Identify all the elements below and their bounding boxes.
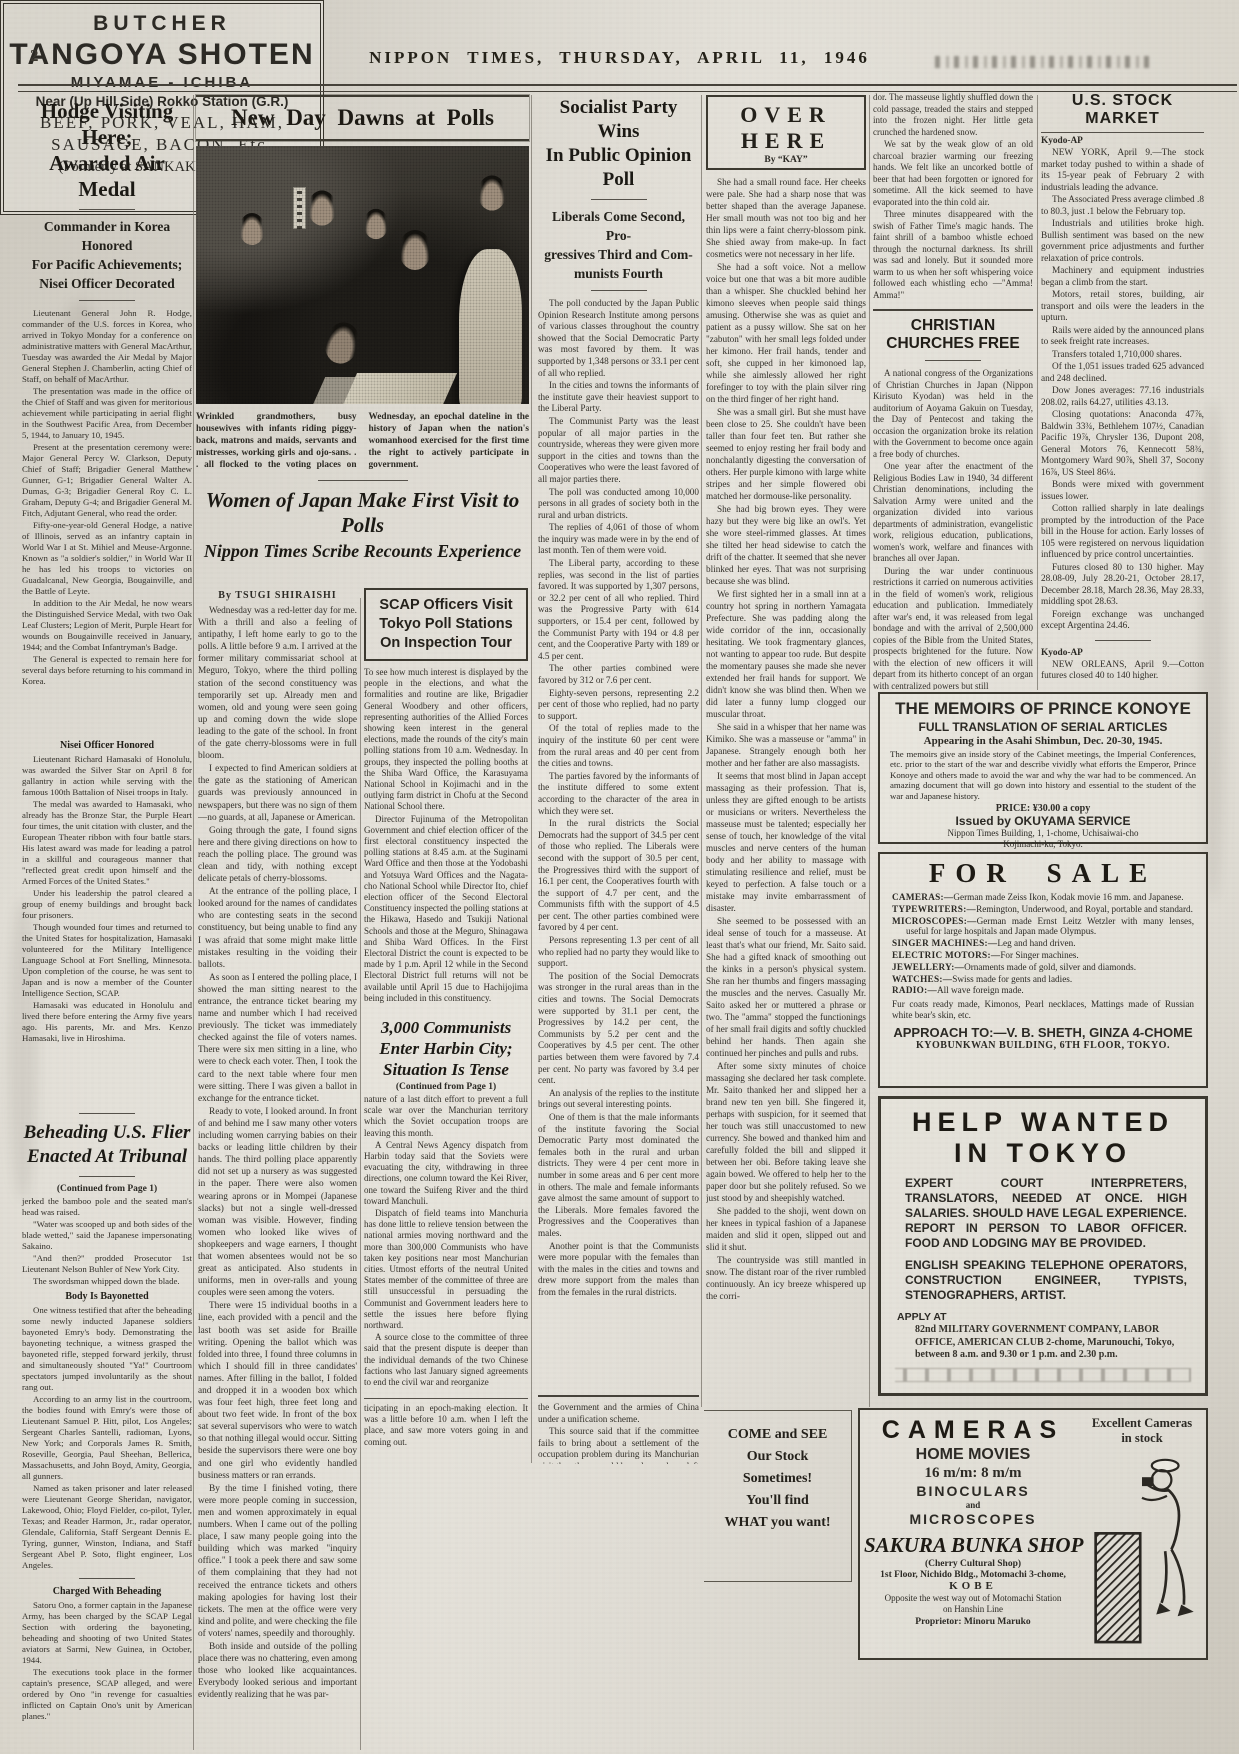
forsale-approach: APPROACH TO:—V. B. SHETH, GINZA 4-CHOME — [892, 1025, 1194, 1040]
sale-item-label: WATCHES:— — [892, 974, 952, 984]
christian-body: A national congress of the Organizations… — [873, 368, 1033, 690]
scap-headline: SCAP Officers Visit Tokyo Poll Stations … — [368, 596, 524, 653]
women-body-closing: ticipating in an epoch-making election. … — [364, 1403, 528, 1448]
sale-item: TYPEWRITERS:—Remington, Underwood, and R… — [892, 904, 1194, 915]
halftone-overlay — [196, 146, 529, 404]
women-headline-1: Women of Japan Make First Visit to Polls — [196, 488, 529, 538]
paragraph: The Associated Press average climbed .8 … — [1041, 195, 1204, 218]
paragraph: To see how much interest is displayed by… — [364, 667, 528, 813]
paragraph: The medal was awarded to Hamasaki, who a… — [22, 799, 192, 887]
harbin-body: nature of a last ditch effort to prevent… — [364, 1094, 528, 1394]
excellent-cameras-2: in stock — [1121, 1431, 1162, 1445]
paragraph: Foreign exchange was unchanged except Ar… — [1041, 610, 1204, 633]
harbin-headline: 3,000 Communists Enter Harbin City; Situ… — [364, 1017, 528, 1080]
sakura-address-3: Opposite the west way out of Motomachi S… — [864, 1593, 1082, 1603]
paragraph: At the entrance of the polling place, I … — [198, 886, 357, 971]
overhere-title: OVER HERE — [714, 102, 858, 154]
sakura-shop-title: SAKURA BUNKA SHOP — [864, 1533, 1082, 1558]
comesee-line: COME and SEE — [704, 1427, 851, 1443]
paragraph: the Government and the armies of China u… — [538, 1402, 699, 1425]
sale-item: CAMERAS:—German made Zeiss Ikon, Kodak m… — [892, 892, 1194, 903]
column-rule — [1037, 95, 1038, 690]
illegible-print-line — [895, 1368, 1191, 1382]
column-socialist: Socialist Party Wins In Public Opinion P… — [538, 96, 699, 1464]
paragraph: She said in a whisper that her name was … — [706, 721, 866, 769]
sale-item: MICROSCOPES:—German made Ernst Leitz Wet… — [892, 916, 1194, 938]
paragraph: By the time I finished voting, there wer… — [198, 1483, 357, 1640]
paragraph: I expected to find American soldiers at … — [198, 763, 357, 823]
paragraph: In addition to the Air Medal, he now wea… — [22, 598, 192, 653]
sakura-address-2: KOBE — [864, 1580, 1082, 1592]
binoculars-line: BINOCULARS — [864, 1483, 1082, 1499]
paragraph: She had big brown eyes. They were hazy b… — [706, 503, 866, 587]
paragraph: The executions took place in the former … — [22, 1667, 192, 1722]
paragraph: "And then?" prodded Prosecutor 1st Lieut… — [22, 1253, 192, 1275]
helpwanted-apply: APPLY AT — [897, 1311, 1191, 1323]
paragraph: Lieutenant General John R. Hodge, comman… — [22, 308, 192, 385]
sale-item: RADIO:—All wave foreign made. — [892, 985, 1194, 996]
paragraph: Eighty-seven persons, representing 2.2 p… — [538, 688, 699, 723]
paragraph: Closing quotations: Anaconda 47⅞, Baldwi… — [1041, 410, 1204, 479]
paragraph: The poll was conducted among 10,000 pers… — [538, 487, 699, 522]
stock-headline: U.S. STOCK MARKET — [1041, 92, 1204, 133]
konoye-address-2: Kojimachi-ku, Tokyo. — [1003, 839, 1082, 849]
paragraph: A Central News Agency dispatch from Harb… — [364, 1140, 528, 1207]
paragraph: This source said that if the committee f… — [538, 1426, 699, 1464]
paragraph: Transfers totaled 1,710,000 shares. — [1041, 350, 1204, 362]
divider — [318, 480, 408, 481]
paragraph: She seemed to be possessed with an ideal… — [706, 915, 866, 1059]
paragraph: An analysis of the replies to the instit… — [538, 1088, 699, 1111]
paragraph: Under his leadership the patrol cleared … — [22, 888, 192, 921]
paragraph: The presentation was made in the office … — [22, 386, 192, 441]
paragraph: Director Fujinuma of the Metropolitan Go… — [364, 814, 528, 1004]
paragraph: Three minutes disappeared with the swish… — [873, 209, 1033, 301]
paragraph: Both inside and outside of the polling p… — [198, 1641, 357, 1701]
paragraph: One of them is that the male informants … — [538, 1112, 699, 1240]
column-rule — [869, 95, 870, 1407]
butcher-line: BUTCHER — [4, 12, 320, 36]
sakura-address-1: 1st Floor, Nichido Bldg., Motomachi 3-ch… — [864, 1570, 1082, 1580]
konoye-subtitle-2: Appearing in the Asahi Shimbun, Dec. 20-… — [890, 735, 1196, 747]
paragraph: jerked the bamboo pole and the seated ma… — [22, 1196, 192, 1218]
continued-line: (Continued from Page 1) — [364, 1082, 528, 1092]
home-movies-line: HOME MOVIES — [864, 1446, 1082, 1464]
sale-item-label: RADIO:— — [892, 985, 937, 995]
polling-station-photo — [196, 146, 529, 404]
forsale-address: KYOBUNKWAN BUILDING, 6TH FLOOR, TOKYO. — [892, 1040, 1194, 1051]
paragraph: We first sighted her in a small inn at a… — [706, 588, 866, 720]
column-hodge: Hodge Visiting Here; Awarded Air Medal C… — [22, 98, 192, 1723]
excellent-cameras-1: Excellent Cameras — [1092, 1416, 1192, 1430]
beheading-body-2: One witness testified that after the beh… — [22, 1305, 192, 1571]
overhere-byline: By “KAY” — [714, 155, 858, 165]
column-overhere: OVER HERE By “KAY” She had a small round… — [706, 95, 866, 1405]
paragraph: In the cities and towns the informants o… — [538, 380, 699, 415]
hodge-headline: Hodge Visiting Here; Awarded Air Medal — [22, 98, 192, 202]
paragraph: Futures closed 80 to 130 higher. May 28.… — [1041, 563, 1204, 609]
paragraph: After some sixty minutes of choice massa… — [706, 1060, 866, 1204]
beheading-headline: Beheading U.S. Flier Enacted At Tribunal — [22, 1121, 192, 1169]
konoye-issuer: Issued by OKUYAMA SERVICE — [890, 814, 1196, 828]
paragraph: The countryside was still mantled in sno… — [706, 1254, 866, 1302]
socialist-deck: Liberals Come Second, Pro- gressives Thi… — [538, 207, 699, 283]
paragraph: Satoru Ono, a former captain in the Japa… — [22, 1600, 192, 1666]
konoye-ad: THE MEMOIRS OF PRINCE KONOYE FULL TRANSL… — [878, 692, 1208, 844]
continued-line: (Continued from Page 1) — [22, 1184, 192, 1194]
cameras-title: CAMERAS — [864, 1416, 1082, 1445]
paragraph: Ready to vote, I looked around. In front… — [198, 1106, 357, 1300]
divider — [79, 300, 135, 301]
konoye-title: THE MEMOIRS OF PRINCE KONOYE — [890, 699, 1196, 719]
divider — [79, 1113, 135, 1114]
sale-item-label: JEWELLERY:— — [892, 962, 964, 972]
comesee-line: Our Stock — [704, 1449, 851, 1465]
divider — [591, 199, 647, 200]
paragraph: It seems that most blind in Japan accept… — [706, 770, 866, 914]
column-rule — [701, 95, 702, 1407]
paragraph: She was a small girl. But she must have … — [706, 406, 866, 502]
paragraph: Named as taken prisoner and later releas… — [22, 1483, 192, 1571]
paragraph: A national congress of the Organizations… — [873, 368, 1033, 460]
konoye-body: The memoirs give an inside story of the … — [890, 749, 1196, 801]
column-stock: U.S. STOCK MARKET Kyodo-AP NEW YORK, Apr… — [1041, 92, 1204, 690]
sakura-proprietor: Proprietor: Minoru Maruko — [864, 1617, 1082, 1627]
comesee-ad: COME and SEE Our Stock Sometimes! You'll… — [704, 1410, 852, 1582]
stock-body: NEW YORK, April 9.—The stock market toda… — [1041, 148, 1204, 633]
column-women: By TSUGI SHIRAISHI Wednesday was a red-l… — [198, 590, 357, 1750]
camera-ad-illustration: Excellent Camerasin stock — [1082, 1414, 1202, 1654]
christian-headline: CHRISTIAN CHURCHES FREE — [873, 317, 1033, 353]
column-christian: dor. The masseuse lightly shuffled down … — [873, 92, 1033, 690]
paragraph: Dow Jones averages: 77.16 industrials 20… — [1041, 386, 1204, 409]
paragraph: "Water was scooped up and both sides of … — [22, 1219, 192, 1252]
excellent-cameras-line: Excellent Camerasin stock — [1082, 1416, 1202, 1446]
paragraph: NEW ORLEANS, April 9.—Cotton futures clo… — [1041, 660, 1204, 683]
paragraph: Of the total of replies made to the inqu… — [538, 723, 699, 769]
paragraph: The Liberal party, according to these re… — [538, 558, 699, 662]
paragraph: She had a soft voice. Not a mellow voice… — [706, 261, 866, 405]
konoye-address: Nippon Times Building, 1, 1-chome, Uchis… — [890, 828, 1196, 850]
women-body: Wednesday was a red-letter day for me. W… — [198, 605, 357, 1701]
paragraph: Lieutenant Richard Hamasaki of Honolulu,… — [22, 754, 192, 798]
paragraph: Present at the presentation ceremony wer… — [22, 442, 192, 519]
beheading-body-1: jerked the bamboo pole and the seated ma… — [22, 1196, 192, 1287]
print-smudge — [935, 56, 1150, 68]
sale-item: WATCHES:—Swiss made for gents and ladies… — [892, 974, 1194, 985]
paragraph: Hamasaki was educated in Honolulu and li… — [22, 1000, 192, 1044]
paragraph: The poll conducted by the Japan Public O… — [538, 298, 699, 379]
microscopes-line: MICROSCOPES — [864, 1511, 1082, 1527]
paragraph: Persons representing 1.3 per cent of all… — [538, 935, 699, 970]
overhere-headline-box: OVER HERE By “KAY” — [706, 95, 866, 170]
rule — [873, 309, 1033, 311]
paragraph: The General is expected to remain here f… — [22, 654, 192, 687]
hodge-deck: Commander in Korea Honored For Pacific A… — [22, 217, 192, 293]
comesee-line: Sometimes! — [704, 1471, 851, 1487]
divider — [79, 1176, 135, 1177]
paragraph: Going through the gate, I found signs he… — [198, 825, 357, 885]
divider — [79, 209, 135, 210]
rule — [538, 1395, 699, 1397]
photo-title-box: New Day Dawns at Polls — [196, 95, 529, 141]
rule — [364, 1398, 528, 1399]
forsale-footer: Fur coats ready made, Kimonos, Pearl nec… — [892, 999, 1194, 1021]
scap-body: To see how much interest is displayed by… — [364, 667, 528, 1011]
paragraph: Dispatch of field teams into Manchuria h… — [364, 1208, 528, 1331]
sakura-subtitle: (Cherry Cultural Shop) — [864, 1559, 1082, 1569]
konoye-subtitle-1: FULL TRANSLATION OF SERIAL ARTICLES — [890, 720, 1196, 734]
column-rule — [193, 95, 194, 1750]
konoye-address-1: Nippon Times Building, 1, 1-chome, Uchis… — [948, 828, 1139, 838]
divider — [591, 290, 647, 291]
sakura-camera-ad: CAMERAS HOME MOVIES 16 m/m: 8 m/m BINOCU… — [858, 1408, 1208, 1660]
konoye-price: PRICE: ¥30.00 a copy — [890, 803, 1196, 814]
forsale-items: CAMERAS:—German made Zeiss Ikon, Kodak m… — [892, 892, 1194, 996]
paragraph: Another point is that the Communists wer… — [538, 1241, 699, 1299]
paragraph: Rails were aided by the announced plans … — [1041, 326, 1204, 349]
paragraph: One witness testified that after the beh… — [22, 1305, 192, 1393]
paragraph: Wednesday was a red-letter day for me. W… — [198, 605, 357, 762]
paragraph: The position of the Social Democrats was… — [538, 971, 699, 1087]
column-scap-harbin: SCAP Officers Visit Tokyo Poll Stations … — [364, 588, 528, 1460]
women-headline-2: Nippon Times Scribe Recounts Experience — [196, 540, 529, 562]
header-rule — [18, 84, 1237, 92]
paragraph: In the rural districts the Social Democr… — [538, 818, 699, 934]
comesee-line: WHAT you want! — [704, 1515, 851, 1531]
sale-item: ELECTRIC MOTORS:—For Singer machines. — [892, 950, 1194, 961]
paragraph: ticipating in an epoch-making election. … — [364, 1403, 528, 1448]
film-sizes-line: 16 m/m: 8 m/m — [864, 1465, 1082, 1482]
forsale-ad: FOR SALE CAMERAS:—German made Zeiss Ikon… — [878, 852, 1208, 1088]
socialist-headline: Socialist Party Wins In Public Opinion P… — [538, 96, 699, 192]
column-rule — [360, 598, 361, 1750]
paragraph: Fifty-one-year-old General Hodge, a nati… — [22, 520, 192, 597]
helpwanted-para-1: EXPERT COURT INTERPRETERS, TRANSLATORS, … — [895, 1176, 1191, 1251]
sale-item: JEWELLERY:—Ornaments made of gold, silve… — [892, 962, 1194, 973]
paragraph: Cotton rallied sharply in late dealings … — [1041, 504, 1204, 562]
wire-credit: Kyodo-AP — [1041, 136, 1204, 146]
bayonetted-subhead: Body Is Bayonetted — [22, 1291, 192, 1302]
paragraph: NEW YORK, April 9.—The stock market toda… — [1041, 148, 1204, 194]
comesee-line: You'll find — [704, 1493, 851, 1509]
socialist-body: The poll conducted by the Japan Public O… — [538, 298, 699, 1390]
sakura-address-4: on Hanshin Line — [864, 1604, 1082, 1614]
paragraph: We sat by the weak glow of an old charco… — [873, 139, 1033, 208]
paragraph: The replies of 4,061 of those of whom th… — [538, 522, 699, 557]
paragraph: Motors, retail stores, building, air tra… — [1041, 290, 1204, 325]
helpwanted-title-1: HELP WANTED — [895, 1107, 1191, 1138]
beheading-body-3: Satoru Ono, a former captain in the Japa… — [22, 1600, 192, 1722]
paragraph: The other parties combined were favored … — [538, 663, 699, 686]
photo-caption: Wrinkled grandmothers, busy housewives w… — [196, 411, 529, 471]
sale-item: SINGER MACHINES:—Leg and hand driven. — [892, 938, 1194, 949]
sale-item-label: SINGER MACHINES:— — [892, 938, 997, 948]
photo-title: New Day Dawns at Polls — [200, 105, 525, 131]
divider — [925, 360, 981, 361]
hodge-body-1: Lieutenant General John R. Hodge, comman… — [22, 308, 192, 736]
paragraph: Machinery and equipment industries began… — [1041, 266, 1204, 289]
paragraph: nature of a last ditch effort to prevent… — [364, 1094, 528, 1139]
harbin-body-continuation: the Government and the armies of China u… — [538, 1402, 699, 1464]
overhere-body-end: dor. The masseuse lightly shuffled down … — [873, 92, 1033, 301]
newspaper-page: 2 NIPPON TIMES, THURSDAY, APRIL 11, 1946… — [0, 0, 1239, 1754]
sale-item-label: ELECTRIC MOTORS:— — [892, 950, 1000, 960]
paragraph: She padded to the shoji, went down on he… — [706, 1205, 866, 1253]
helpwanted-para-2: ENGLISH SPEAKING TELEPHONE OPERATORS, CO… — [895, 1258, 1191, 1303]
neworleans-item: NEW ORLEANS, April 9.—Cotton futures clo… — [1041, 660, 1204, 683]
and-line: and — [864, 1500, 1082, 1510]
paragraph: dor. The masseuse lightly shuffled down … — [873, 92, 1033, 138]
photo-block: New Day Dawns at Polls Wrinkled grandmot… — [196, 95, 529, 566]
column-rule — [531, 95, 532, 1463]
sale-item-label: CAMERAS:— — [892, 892, 953, 902]
paragraph: Of the 1,051 issues traded 625 advanced … — [1041, 362, 1204, 385]
helpwanted-ad: HELP WANTED IN TOKYO EXPERT COURT INTERP… — [878, 1096, 1208, 1396]
paragraph: Though wounded four times and returned t… — [22, 922, 192, 999]
paragraph: She had a small round face. Her cheeks w… — [706, 176, 866, 260]
scap-headline-box: SCAP Officers Visit Tokyo Poll Stations … — [364, 588, 528, 661]
divider — [1095, 640, 1151, 641]
sailor-with-camera-icon — [1082, 1446, 1202, 1651]
paragraph: During the war under continuous restrict… — [873, 566, 1033, 691]
overhere-body: She had a small round face. Her cheeks w… — [706, 176, 866, 1302]
paragraph: A source close to the committee of three… — [364, 1332, 528, 1388]
paragraph: According to an army list in the courtro… — [22, 1394, 192, 1482]
sale-item-label: TYPEWRITERS:— — [892, 904, 976, 914]
charged-subhead: Charged With Beheading — [22, 1586, 192, 1597]
divider — [79, 1578, 135, 1579]
divider — [1095, 690, 1151, 691]
helpwanted-address: 82nd MILITARY GOVERNMENT COMPANY, LABOR … — [915, 1324, 1191, 1362]
paragraph: As soon as I entered the polling place, … — [198, 972, 357, 1105]
byline: By TSUGI SHIRAISHI — [198, 590, 357, 601]
paragraph: The Communist Party was the least popula… — [538, 416, 699, 486]
sale-item-label: MICROSCOPES:— — [892, 916, 977, 926]
paragraph: One year after the enactment of the Reli… — [873, 461, 1033, 565]
paragraph: There were 15 individual booths in a lin… — [198, 1300, 357, 1481]
hodge-body-2: Lieutenant Richard Hamasaki of Honolulu,… — [22, 754, 192, 1106]
nisei-subhead: Nisei Officer Honored — [22, 740, 192, 751]
forsale-title: FOR SALE — [892, 858, 1194, 889]
camera-ad-text: CAMERAS HOME MOVIES 16 m/m: 8 m/m BINOCU… — [864, 1414, 1082, 1654]
wire-credit: Kyodo-AP — [1041, 648, 1204, 658]
paragraph: The parties favored by the informants of… — [538, 771, 699, 817]
paragraph: The swordsman whipped down the blade. — [22, 1276, 192, 1287]
paragraph: Bonds were mixed with government issues … — [1041, 480, 1204, 503]
helpwanted-title-2: IN TOKYO — [895, 1138, 1191, 1169]
paragraph: Industrials and utilities broke high. Bu… — [1041, 219, 1204, 265]
